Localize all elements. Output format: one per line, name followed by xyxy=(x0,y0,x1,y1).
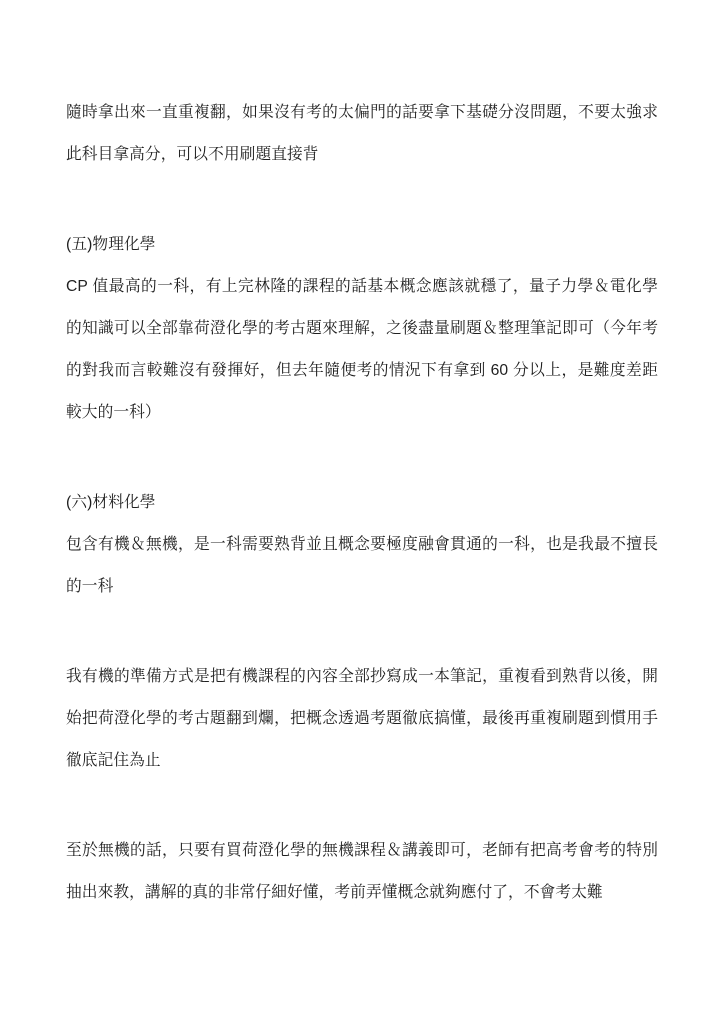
section-heading: (五)物理化學 xyxy=(66,224,658,266)
paragraph: 我有機的準備方式是把有機課程的內容全部抄寫成一本筆記，重複看到熟背以後，開始把荷… xyxy=(66,656,658,782)
text-line: 徹底記住為止 xyxy=(66,740,658,782)
text-line: 的知識可以全部靠荷澄化學的考古題來理解，之後盡量刷題＆整理筆記即可（今年考 xyxy=(66,308,658,350)
text-line: (五)物理化學 xyxy=(66,224,658,266)
section-heading: (六)材料化學 xyxy=(66,482,658,524)
paragraph: 隨時拿出來一直重複翻，如果沒有考的太偏門的話要拿下基礎分沒問題，不要太強求此科目… xyxy=(66,92,658,176)
document-page: 隨時拿出來一直重複翻，如果沒有考的太偏門的話要拿下基礎分沒問題，不要太強求此科目… xyxy=(0,0,724,1024)
text-line: 至於無機的話，只要有買荷澄化學的無機課程＆講義即可，老師有把高考會考的特別 xyxy=(66,830,658,872)
text-line: 此科目拿高分，可以不用刷題直接背 xyxy=(66,134,658,176)
text-line: 始把荷澄化學的考古題翻到爛，把概念透過考題徹底搞懂，最後再重複刷題到慣用手 xyxy=(66,698,658,740)
text-line: 我有機的準備方式是把有機課程的內容全部抄寫成一本筆記，重複看到熟背以後，開 xyxy=(66,656,658,698)
text-line: 較大的一科） xyxy=(66,392,658,434)
paragraph-spacer xyxy=(66,782,658,830)
paragraph: 至於無機的話，只要有買荷澄化學的無機課程＆講義即可，老師有把高考會考的特別抽出來… xyxy=(66,830,658,914)
text-line: 的對我而言較難沒有發揮好，但去年隨便考的情況下有拿到 60 分以上，是難度差距 xyxy=(66,350,658,392)
text-line: 的一科 xyxy=(66,566,658,608)
paragraph-spacer xyxy=(66,434,658,482)
paragraph: CP 值最高的一科，有上完林隆的課程的話基本概念應該就穩了，量子力學＆電化學的知… xyxy=(66,266,658,434)
text-line: 包含有機＆無機，是一科需要熟背並且概念要極度融會貫通的一科，也是我最不擅長 xyxy=(66,524,658,566)
paragraph-spacer xyxy=(66,176,658,224)
paragraph: 包含有機＆無機，是一科需要熟背並且概念要極度融會貫通的一科，也是我最不擅長的一科 xyxy=(66,524,658,608)
text-line: (六)材料化學 xyxy=(66,482,658,524)
text-line: 抽出來教，講解的真的非常仔細好懂，考前弄懂概念就夠應付了，不會考太難 xyxy=(66,872,658,914)
text-line: 隨時拿出來一直重複翻，如果沒有考的太偏門的話要拿下基礎分沒問題，不要太強求 xyxy=(66,92,658,134)
text-line: CP 值最高的一科，有上完林隆的課程的話基本概念應該就穩了，量子力學＆電化學 xyxy=(66,266,658,308)
document-content: 隨時拿出來一直重複翻，如果沒有考的太偏門的話要拿下基礎分沒問題，不要太強求此科目… xyxy=(66,92,658,914)
paragraph-spacer xyxy=(66,608,658,656)
